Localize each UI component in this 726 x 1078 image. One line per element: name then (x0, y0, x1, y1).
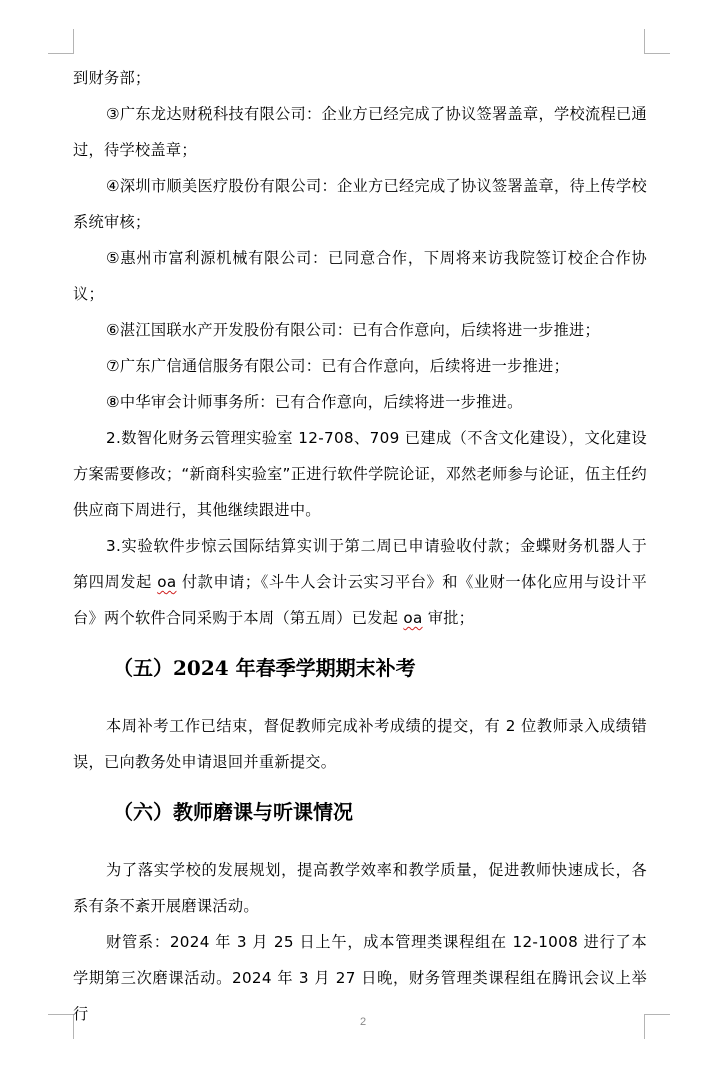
paragraph-makeup-exam: 本周补考工作已结束，督促教师完成补考成绩的提交，有 2 位教师录入成绩错误，已向… (73, 708, 647, 780)
paragraph-item-6: ⑥湛江国联水产开发股份有限公司：已有合作意向，后续将进一步推进； (73, 312, 647, 348)
section-heading-makeup-exam: （五）2024 年春季学期期末补考 (73, 650, 647, 686)
spellcheck-flag-oa: oa (403, 609, 422, 627)
paragraph-item-8: ⑧中华审会计师事务所：已有合作意向，后续将进一步推进。 (73, 384, 647, 420)
paragraph-lesson-intro: 为了落实学校的发展规划，提高教学效率和教学质量，促进教师快速成长，各系有条不紊开… (73, 852, 647, 924)
margin-corner-top-right (644, 29, 670, 54)
paragraph-item-3: ③广东龙达财税科技有限公司：企业方已经完成了协议签署盖章，学校流程已通过，待学校… (73, 96, 647, 168)
paragraph-item-4: ④深圳市顺美医疗股份有限公司：企业方已经完成了协议签署盖章，待上传学校系统审核； (73, 168, 647, 240)
margin-corner-top-left (48, 29, 74, 54)
document-page: 到财务部； ③广东龙达财税科技有限公司：企业方已经完成了协议签署盖章，学校流程已… (0, 0, 726, 1078)
spellcheck-flag-oa: oa (157, 573, 176, 591)
paragraph-item-7: ⑦广东广信通信服务有限公司：已有合作意向，后续将进一步推进； (73, 348, 647, 384)
document-body[interactable]: 到财务部； ③广东龙达财税科技有限公司：企业方已经完成了协议签署盖章，学校流程已… (73, 60, 647, 1032)
paragraph-continuation: 到财务部； (73, 60, 647, 96)
page-number: 2 (0, 1016, 726, 1028)
paragraph-lab-construction: 2.数智化财务云管理实验室 12-708、709 已建成（不含文化建设），文化建… (73, 420, 647, 528)
paragraph-item-5: ⑤惠州市富利源机械有限公司：已同意合作，下周将来访我院签订校企合作协议； (73, 240, 647, 312)
section-heading-lesson-polishing: （六）教师磨课与听课情况 (73, 794, 647, 830)
paragraph-software-procurement: 3.实验软件步惊云国际结算实训于第二周已申请验收付款；金蝶财务机器人于第四周发起… (73, 528, 647, 636)
text-segment: 审批； (423, 609, 475, 627)
